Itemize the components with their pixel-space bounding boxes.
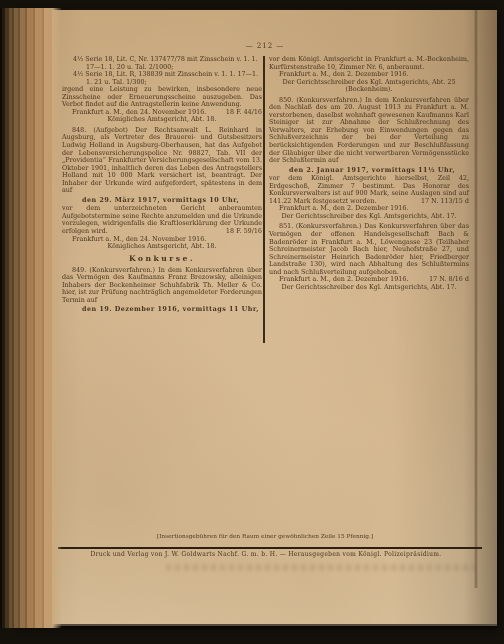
- footer-imprint: Druck und Verlag von J. W. Goldwarts Nac…: [42, 551, 490, 558]
- hearing-date-849: den 19. Dezember 1916, vormittags 11 Uhr…: [62, 306, 262, 314]
- book-page-edges: [0, 8, 62, 628]
- court-clerk-signature: Der Gerichtsschreiber des Kgl. Amtsgeric…: [269, 213, 469, 221]
- court-signature: Königliches Amtsgericht, Abt. 18.: [62, 116, 262, 124]
- case-reference: 18 F. 44/16: [222, 109, 262, 117]
- court-signature: Königliches Amtsgericht, Abt. 18.: [62, 243, 262, 251]
- bond-series-entry-1: 4½ Serie 18, Lit. C, Nr. 137477/78 mit Z…: [62, 56, 262, 71]
- notice-849-continuation: vor dem Königl. Amtsgericht in Frankfurt…: [269, 56, 469, 71]
- right-column: vor dem Königl. Amtsgericht in Frankfurt…: [269, 56, 469, 291]
- notice-851-konkurs: 851. (Konkursverfahren.) Das Konkursverf…: [269, 223, 469, 276]
- court-clerk-signature: Der Gerichtsschreiber des Kgl. Amtsgeric…: [269, 284, 469, 292]
- footer-rule: [58, 547, 482, 549]
- court-clerk-signature-location: (Bockenheim).: [269, 86, 469, 94]
- notice-849-konkurs: 849. (Konkursverfahren.) In dem Konkursv…: [62, 267, 262, 305]
- section-heading-konkurse: Konkurse.: [62, 255, 262, 264]
- ink-show-through: [166, 564, 476, 571]
- notice-848-aufgebot: 848. (Aufgebot) Der Rechtsanwalt L. Rein…: [62, 127, 262, 195]
- case-reference: 17 N. 113/15 d: [421, 198, 469, 206]
- bond-series-entry-2: 4½ Serie 18, Lit. R, 138839 mit Zinssche…: [62, 71, 262, 86]
- page-crease: [474, 10, 478, 588]
- notice-850-konkurs: 850. (Konkursverfahren.) In dem Konkursv…: [269, 97, 469, 165]
- column-divider-rule: [263, 56, 265, 343]
- case-reference: 18 F. 59/16: [226, 228, 262, 236]
- paper-sheet: — 212 — 4½ Serie 18, Lit. C, Nr. 137477/…: [16, 10, 497, 624]
- page-number: — 212 —: [62, 42, 468, 50]
- hearing-date-848: den 29. März 1917, vormittags 10 Uhr,: [62, 197, 262, 205]
- notice-848-continuation-block: vor dem unterzeichneten Gericht anberaum…: [62, 205, 262, 235]
- notice-850-continuation-block: vor dem Königl. Amtsgerichte hierselbst,…: [269, 175, 469, 205]
- left-column: 4½ Serie 18, Lit. C, Nr. 137477/78 mit Z…: [62, 56, 262, 315]
- payment-ban-continuation: irgend eine Leistung zu bewirken, insbes…: [62, 86, 262, 109]
- gazette-page-photo: — 212 — 4½ Serie 18, Lit. C, Nr. 137477/…: [0, 0, 504, 644]
- hearing-date-850: den 2. Januar 1917, vormittags 11½ Uhr,: [269, 167, 469, 175]
- footer-fee-note: [Insertionsgebühren für den Raum einer g…: [62, 534, 468, 540]
